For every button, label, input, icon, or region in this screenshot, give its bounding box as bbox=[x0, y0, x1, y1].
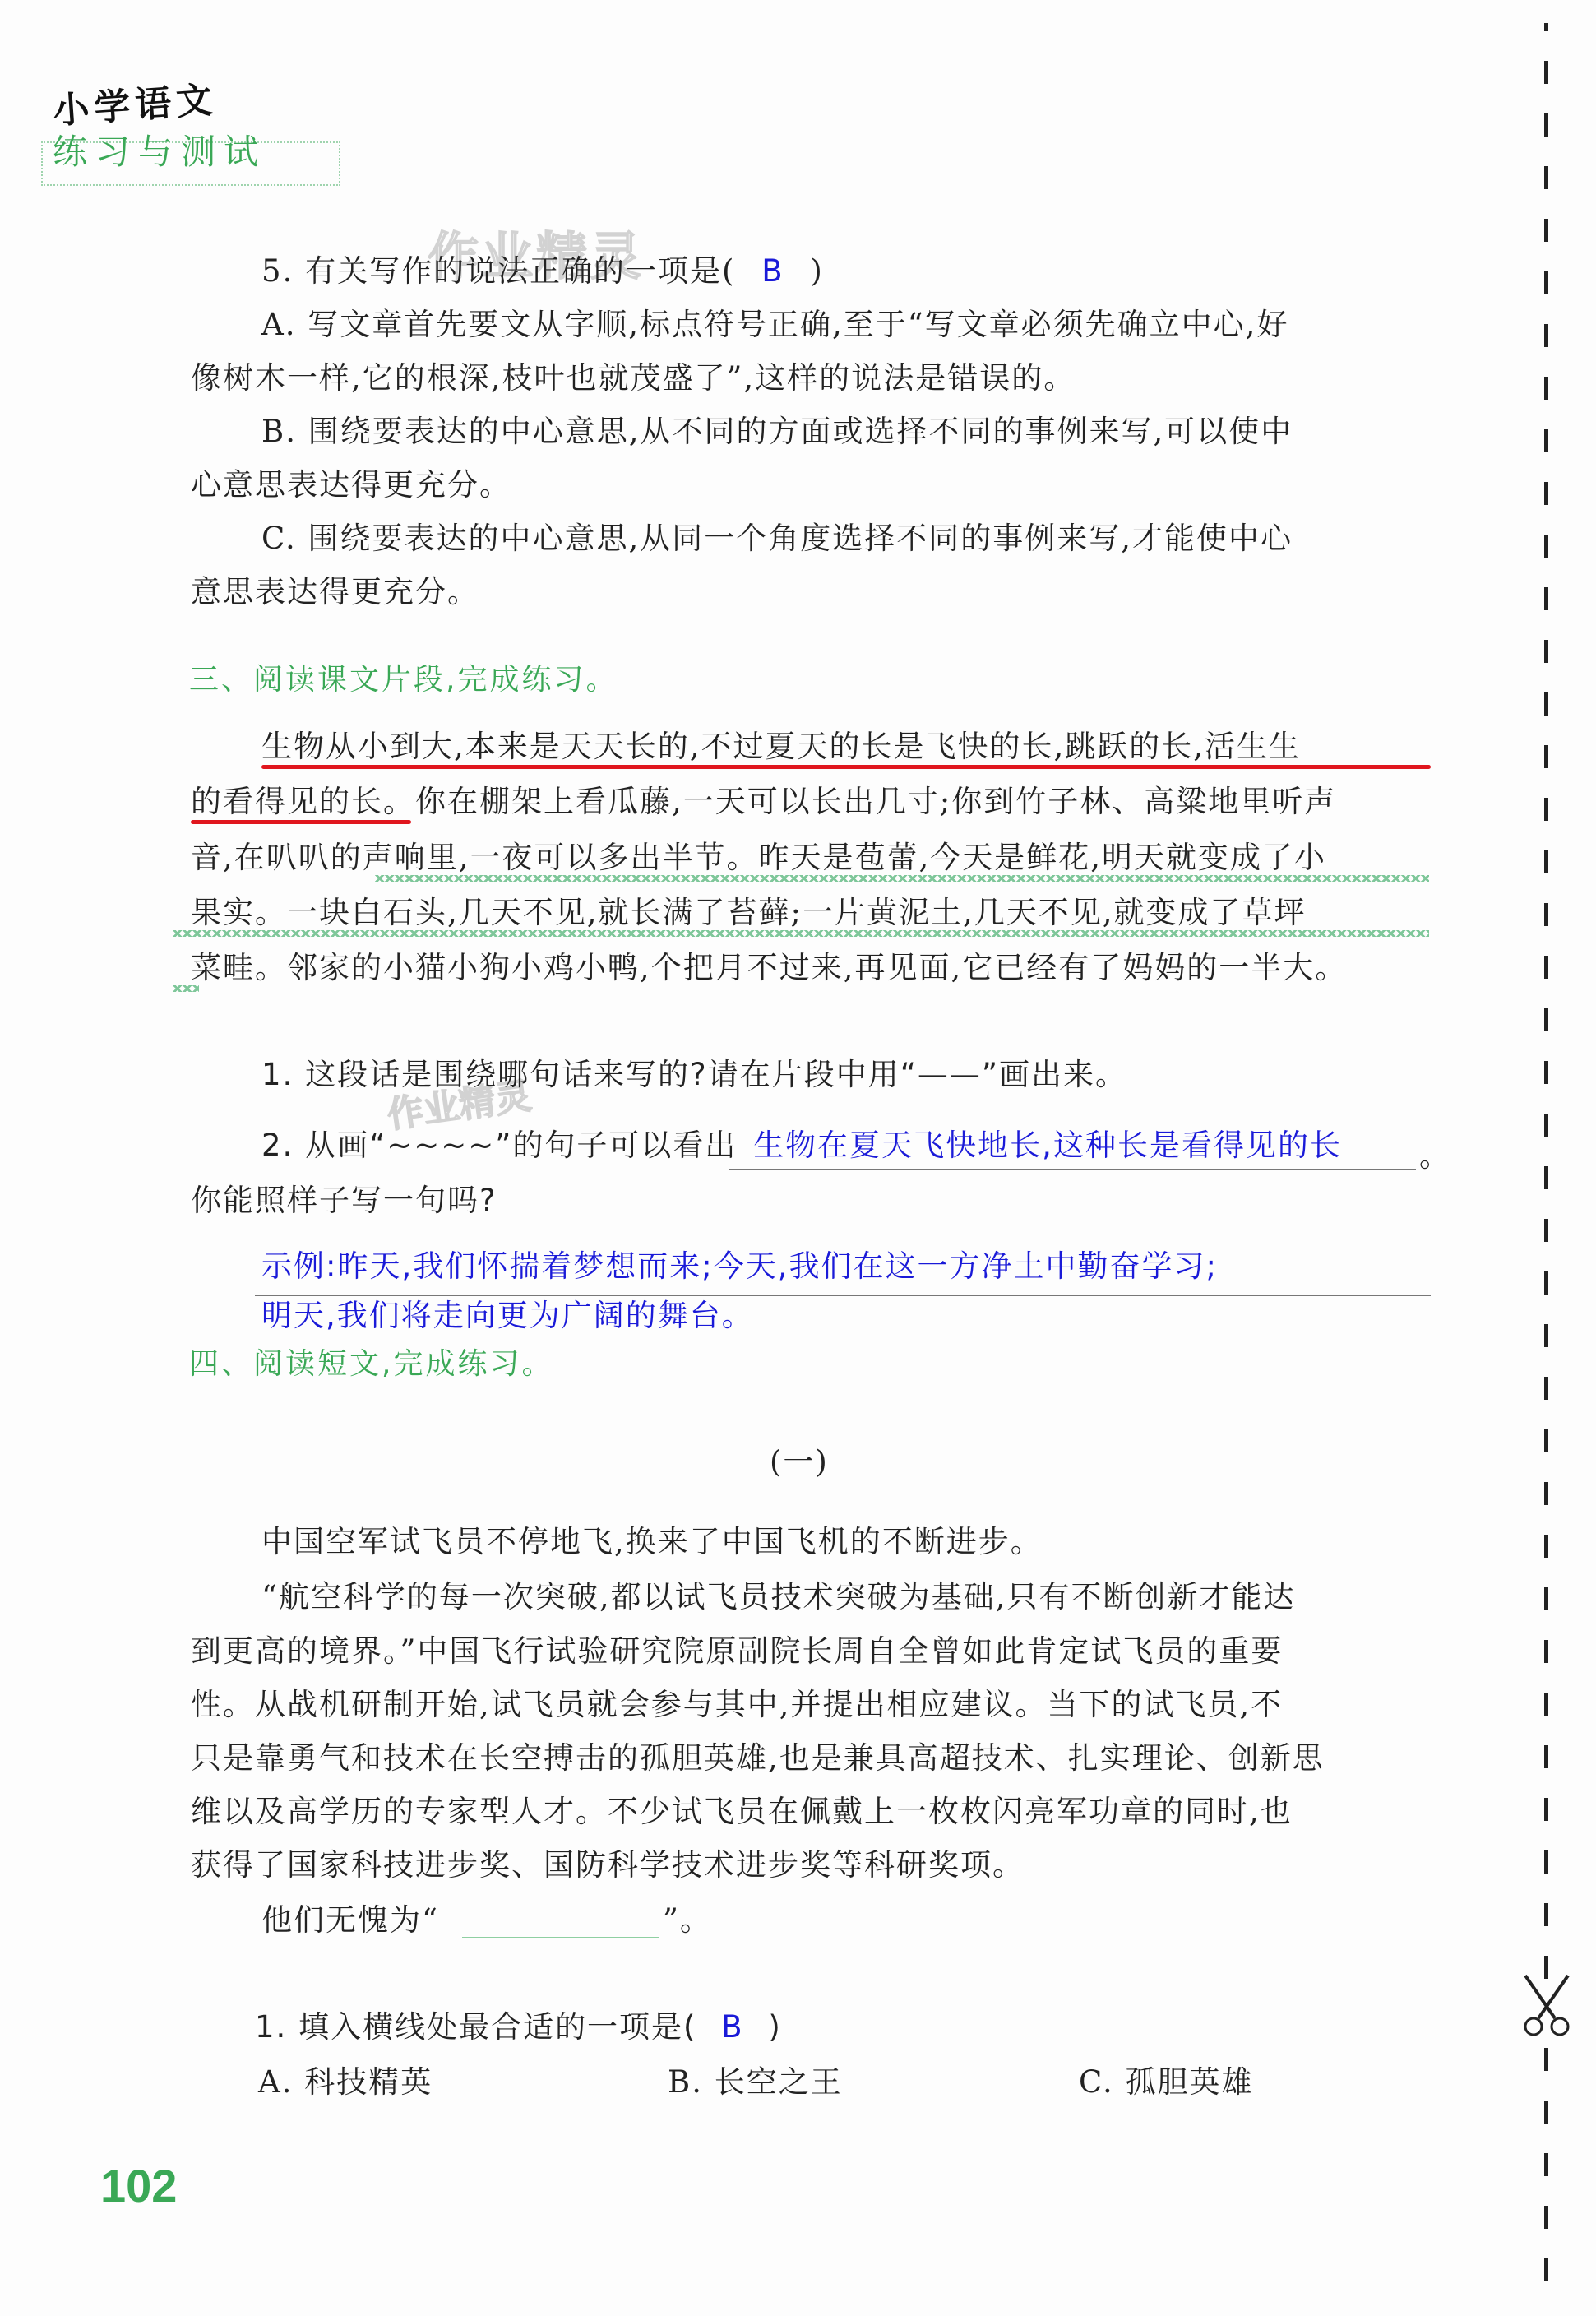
closing-sentence-prefix: 他们无愧为“ bbox=[261, 1904, 439, 1937]
wavy-underline bbox=[375, 875, 1429, 882]
wavy-underline bbox=[173, 985, 199, 992]
section-4-heading: 四、阅读短文,完成练习。 bbox=[189, 1341, 553, 1383]
example-answer-line2: 明天,我们将走向更为广阔的舞台。 bbox=[261, 1299, 754, 1332]
book-title: 练习与测试 bbox=[53, 125, 266, 174]
answer-line bbox=[255, 1295, 1431, 1296]
option-a-line2: 像树木一样,它的根深,枝叶也就茂盛了”,这样的说法是错误的。 bbox=[191, 362, 1076, 395]
passage-line: 果实。一块白石头,几天不见,就长满了苔藓;一片黄泥土,几天不见,就变成了草坪 bbox=[191, 896, 1307, 929]
fill-blank-line[interactable] bbox=[462, 1937, 659, 1938]
closing-sentence-suffix: ”。 bbox=[663, 1904, 712, 1937]
red-underline bbox=[191, 820, 411, 824]
question-2-answer: 生物在夏天飞快地长,这种长是看得见的长 bbox=[753, 1128, 1342, 1163]
option-c-line1: C. 围绕要表达的中心意思,从同一个角度选择不同的事例来写,才能使中心 bbox=[261, 522, 1293, 555]
passage-line: 音,在叭叭的声响里,一夜可以多出半节。昨天是苞蕾,今天是鲜花,明天就变成了小 bbox=[191, 841, 1326, 874]
question-5-stem: 5. 有关写作的说法正确的一项是( B ) bbox=[261, 255, 824, 288]
section-3-question-2: 2. 从画“~~~~”的句子可以看出 生物在夏天飞快地长,这种长是看得见的长 bbox=[261, 1129, 1342, 1162]
example-answer-line1: 示例:昨天,我们怀揣着梦想而来;今天,我们在这一方净土中勤奋学习; bbox=[261, 1250, 1218, 1283]
wavy-underline bbox=[173, 930, 1429, 937]
option-c-line2: 意思表达得更充分。 bbox=[191, 576, 479, 609]
passage-line: 菜畦。邻家的小猫小狗小鸡小鸭,个把月不过来,再见面,它已经有了妈妈的一半大。 bbox=[191, 952, 1347, 984]
red-underline bbox=[261, 765, 1431, 769]
question-2-prefix: 2. 从画“~~~~”的句子可以看出 bbox=[261, 1128, 737, 1163]
section-3-heading: 三、阅读课文片段,完成练习。 bbox=[189, 656, 618, 698]
page-number: 102 bbox=[100, 2159, 177, 2212]
question-5-close: ) bbox=[810, 253, 823, 289]
question-1-answer: B bbox=[721, 2009, 743, 2045]
answer-line bbox=[729, 1169, 1416, 1170]
question-2-line2: 你能照样子写一句吗? bbox=[191, 1184, 497, 1217]
article-line: 只是靠勇气和技术在长空搏击的孤胆英雄,也是兼具高超技术、扎实理论、创新思 bbox=[191, 1742, 1325, 1775]
article-line: 到更高的境界。”中国飞行试验研究院原副院长周自全曾如此肯定试飞员的重要 bbox=[191, 1635, 1283, 1668]
section-3-question-1: 1. 这段话是围绕哪句话来写的?请在片段中用“——”画出来。 bbox=[261, 1058, 1127, 1091]
article-line: 中国空军试飞员不停地飞,换来了中国飞机的不断进步。 bbox=[261, 1526, 1043, 1559]
article-line: 获得了国家科技进步奖、国防科学技术进步奖等科研奖项。 bbox=[191, 1849, 1025, 1882]
question-2-suffix: 。 bbox=[1419, 1140, 1451, 1173]
option-c: C. 孤胆英雄 bbox=[1079, 2066, 1254, 2099]
article-line: 维以及高学历的专家型人才。不少试飞员在佩戴上一枚枚闪亮军功章的同时,也 bbox=[191, 1795, 1293, 1828]
option-a-line1: A. 写文章首先要文从字顺,标点符号正确,至于“写文章必须先确立中心,好 bbox=[261, 308, 1288, 341]
passage-line: 生物从小到大,本来是天天长的,不过夏天的长是飞快的长,跳跃的长,活生生 bbox=[261, 730, 1301, 763]
article-subtitle: (一) bbox=[770, 1446, 829, 1479]
article-line: 性。从战机研制开始,试飞员就会参与其中,并提出相应建议。当下的试飞员,不 bbox=[191, 1688, 1283, 1721]
passage-line: 的看得见的长。你在棚架上看瓜藤,一天可以长出几寸;你到竹子林、高粱地里听声 bbox=[191, 785, 1336, 818]
option-a: A. 科技精英 bbox=[258, 2066, 433, 2099]
option-b-line2: 心意思表达得更充分。 bbox=[191, 469, 511, 502]
question-1-close: ) bbox=[768, 2009, 781, 2045]
question-1-stem: 1. 填入横线处最合适的一项是( bbox=[255, 2009, 697, 2045]
option-b: B. 长空之王 bbox=[668, 2066, 843, 2099]
article-line: “航空科学的每一次突破,都以试飞员技术突破为基础,只有不断创新才能达 bbox=[261, 1581, 1295, 1614]
option-b-line1: B. 围绕要表达的中心意思,从不同的方面或选择不同的事例来写,可以使中 bbox=[261, 415, 1293, 448]
question-5-answer: B bbox=[761, 253, 784, 289]
section-4-question-1: 1. 填入横线处最合适的一项是( B ) bbox=[255, 2011, 782, 2044]
scissors-icon bbox=[1517, 1972, 1576, 2038]
question-5-text: 5. 有关写作的说法正确的一项是( bbox=[261, 253, 736, 289]
